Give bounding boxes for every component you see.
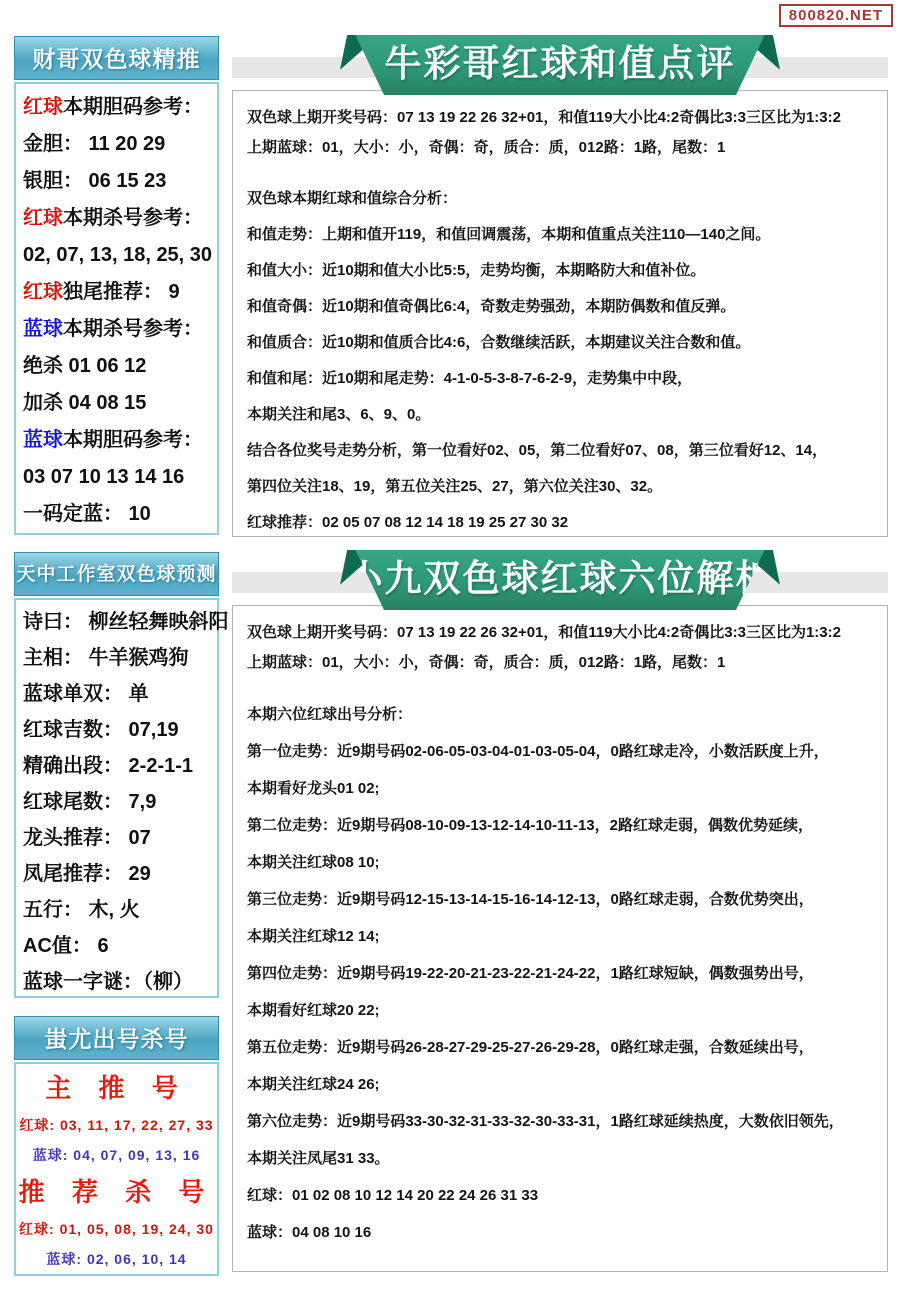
- stat-row: 精确出段： 2-2-1-1: [16, 748, 217, 784]
- stat-text: 加杀 04 08 15: [23, 392, 146, 414]
- panel-caige-body: 红球本期胆码参考： 金胆： 11 20 29 银胆： 06 15 23 红球本期…: [14, 82, 219, 535]
- panel-chiyou-body: 主 推 号 红球: 03, 11, 17, 22, 27, 33 蓝球: 04,…: [14, 1062, 219, 1276]
- panel-tianzhong: 天中工作室双色球预测 诗曰： 柳丝轻舞映斜阳 主相： 牛羊猴鸡狗 蓝球单双： 单…: [14, 552, 219, 1000]
- analysis-line: 第三位走势：近9期号码12-15-13-14-15-16-14-12-13，0路…: [247, 881, 877, 918]
- stat-text: 一码定蓝： 10: [23, 503, 151, 525]
- section1-title: 牛彩哥红球和值点评: [340, 35, 780, 95]
- analysis-line: 本期六位红球出号分析：: [247, 696, 877, 733]
- stat-row: 主相： 牛羊猴鸡狗: [16, 640, 217, 676]
- section2-content: 双色球上期开奖号码：07 13 19 22 26 32+01，和值119大小比4…: [232, 605, 888, 1272]
- stat-text: 本期杀号参考：: [63, 318, 203, 340]
- blue-ball-label: 蓝球: [23, 318, 63, 340]
- stat-text: 本期胆码参考：: [63, 429, 203, 451]
- stat-row: 红球本期杀号参考：: [16, 200, 217, 237]
- stat-text: 03 07 10 13 14 16: [23, 466, 184, 488]
- stat-row: 红球本期胆码参考：: [16, 89, 217, 126]
- stat-row: 凤尾推荐： 29: [16, 856, 217, 892]
- stat-row: 一码定蓝： 10: [16, 496, 217, 533]
- analysis-line: 本期关注和尾3、6、9、0。: [247, 397, 877, 433]
- analysis-line: 第四位关注18、19，第五位关注25、27，第六位关注30、32。: [247, 469, 877, 505]
- stat-text: 本期杀号参考：: [63, 207, 203, 229]
- stat-row: 02, 07, 13, 18, 25, 30: [16, 237, 217, 274]
- main-picks-red-row: 红球: 03, 11, 17, 22, 27, 33: [16, 1110, 217, 1140]
- analysis-line: 和值奇偶：近10期和值奇偶比6:4，奇数走势强劲，本期防偶数和值反弹。: [247, 289, 877, 325]
- stat-text: 金胆： 11 20 29: [23, 133, 165, 155]
- section2-banner: 小九双色球红球六位解析: [232, 550, 888, 610]
- stat-row: 03 07 10 13 14 16: [16, 459, 217, 496]
- stat-row: 龙头推荐： 07: [16, 820, 217, 856]
- main-picks-heading: 主 推 号: [16, 1066, 217, 1110]
- blue-ball-recommendation: 蓝球：04 08 10 16: [247, 1214, 877, 1251]
- panel-tianzhong-body: 诗曰： 柳丝轻舞映斜阳 主相： 牛羊猴鸡狗 蓝球单双： 单 红球吉数： 07,1…: [14, 598, 219, 998]
- stat-row: 加杀 04 08 15: [16, 385, 217, 422]
- analysis-line: 和值和尾：近10期和尾走势：4-1-0-5-3-8-7-6-2-9，走势集中中段…: [247, 361, 877, 397]
- blue-ball-label: 蓝球: [23, 429, 63, 451]
- stat-row: 蓝球一字谜：（柳）: [16, 964, 217, 1000]
- panel-chiyou-title: 蚩尤出号杀号: [14, 1016, 219, 1060]
- analysis-line: 第五位走势：近9期号码26-28-27-29-25-27-26-29-28，0路…: [247, 1029, 877, 1066]
- analysis-line: 双色球上期开奖号码：07 13 19 22 26 32+01，和值119大小比4…: [247, 618, 877, 648]
- stat-row: 红球尾数： 7,9: [16, 784, 217, 820]
- kill-picks-blue-row: 蓝球: 02, 06, 10, 14: [16, 1244, 217, 1274]
- analysis-line: 结合各位奖号走势分析，第一位看好02、05，第二位看好07、08，第三位看好12…: [247, 433, 877, 469]
- panel-caige: 财哥双色球精推 红球本期胆码参考： 金胆： 11 20 29 银胆： 06 15…: [14, 36, 219, 537]
- analysis-line: 双色球本期红球和值综合分析：: [247, 181, 877, 217]
- analysis-line: 本期看好红球20 22;: [247, 992, 877, 1029]
- main-picks-blue-row: 蓝球: 04, 07, 09, 13, 16: [16, 1140, 217, 1170]
- analysis-line: 第二位走势：近9期号码08-10-09-13-12-14-10-11-13，2路…: [247, 807, 877, 844]
- analysis-line: 上期蓝球：01，大小：小，奇偶：奇，质合：质，012路：1路，尾数：1: [247, 648, 877, 678]
- analysis-line: 本期关注红球24 26;: [247, 1066, 877, 1103]
- kill-picks-heading: 推 荐 杀 号: [16, 1170, 217, 1214]
- analysis-line: 第四位走势：近9期号码19-22-20-21-23-22-21-24-22，1路…: [247, 955, 877, 992]
- kill-picks-red-row: 红球: 01, 05, 08, 19, 24, 30: [16, 1214, 217, 1244]
- stat-row: 诗曰： 柳丝轻舞映斜阳: [16, 604, 217, 640]
- stat-row: 五行： 木, 火: [16, 892, 217, 928]
- stat-row: 红球吉数： 07,19: [16, 712, 217, 748]
- red-ball-label: 红球: [23, 281, 63, 303]
- analysis-line: 本期关注红球08 10;: [247, 844, 877, 881]
- stat-text: 本期胆码参考：: [63, 96, 203, 118]
- stat-row: 金胆： 11 20 29: [16, 126, 217, 163]
- panel-chiyou: 蚩尤出号杀号 主 推 号 红球: 03, 11, 17, 22, 27, 33 …: [14, 1016, 219, 1278]
- red-ball-recommendation: 红球：01 02 08 10 12 14 20 22 24 26 31 33: [247, 1177, 877, 1214]
- stat-text: 绝杀 01 06 12: [23, 355, 146, 377]
- stat-text: 02, 07, 13, 18, 25, 30: [23, 244, 212, 266]
- section1-content: 双色球上期开奖号码：07 13 19 22 26 32+01，和值119大小比4…: [232, 90, 888, 537]
- section-he-zhi-review: 牛彩哥红球和值点评 双色球上期开奖号码：07 13 19 22 26 32+01…: [232, 35, 888, 537]
- lottery-prediction-page: 800820.NET 财哥双色球精推 红球本期胆码参考： 金胆： 11 20 2…: [0, 0, 900, 1298]
- stat-text: 银胆： 06 15 23: [23, 170, 166, 192]
- site-badge: 800820.NET: [779, 4, 893, 27]
- analysis-line: 和值质合：近10期和值质合比4:6，合数继续活跃，本期建议关注合数和值。: [247, 325, 877, 361]
- section-six-position: 小九双色球红球六位解析 双色球上期开奖号码：07 13 19 22 26 32+…: [232, 550, 888, 1272]
- stat-text: 独尾推荐： 9: [63, 281, 180, 303]
- analysis-line: 本期关注红球12 14;: [247, 918, 877, 955]
- red-ball-recommendation: 红球推荐：02 05 07 08 12 14 18 19 25 27 30 32: [247, 505, 877, 541]
- analysis-line: 本期看好龙头01 02;: [247, 770, 877, 807]
- stat-row: 红球独尾推荐： 9: [16, 274, 217, 311]
- banner-ribbon: 牛彩哥红球和值点评: [340, 35, 780, 95]
- analysis-line: 第六位走势：近9期号码33-30-32-31-33-32-30-33-31，1路…: [247, 1103, 877, 1140]
- stat-row: AC值： 6: [16, 928, 217, 964]
- analysis-line: 双色球上期开奖号码：07 13 19 22 26 32+01，和值119大小比4…: [247, 103, 877, 133]
- panel-tianzhong-title: 天中工作室双色球预测: [14, 552, 219, 596]
- section2-title: 小九双色球红球六位解析: [340, 550, 780, 610]
- analysis-line: 和值大小：近10期和值大小比5:5，走势均衡，本期略防大和值补位。: [247, 253, 877, 289]
- analysis-line: 本期关注凤尾31 33。: [247, 1140, 877, 1177]
- stat-row: 蓝球单双： 单: [16, 676, 217, 712]
- analysis-line: 第一位走势：近9期号码02-06-05-03-04-01-03-05-04，0路…: [247, 733, 877, 770]
- analysis-line: 和值走势：上期和值开119，和值回调震荡，本期和值重点关注110—140之间。: [247, 217, 877, 253]
- stat-row: 蓝球本期杀号参考：: [16, 311, 217, 348]
- stat-row: 蓝球本期胆码参考：: [16, 422, 217, 459]
- panel-caige-title: 财哥双色球精推: [14, 36, 219, 80]
- section1-banner: 牛彩哥红球和值点评: [232, 35, 888, 95]
- banner-ribbon: 小九双色球红球六位解析: [340, 550, 780, 610]
- red-ball-label: 红球: [23, 96, 63, 118]
- stat-row: 绝杀 01 06 12: [16, 348, 217, 385]
- analysis-line: 上期蓝球：01，大小：小，奇偶：奇，质合：质，012路：1路，尾数：1: [247, 133, 877, 163]
- red-ball-label: 红球: [23, 207, 63, 229]
- stat-row: 银胆： 06 15 23: [16, 163, 217, 200]
